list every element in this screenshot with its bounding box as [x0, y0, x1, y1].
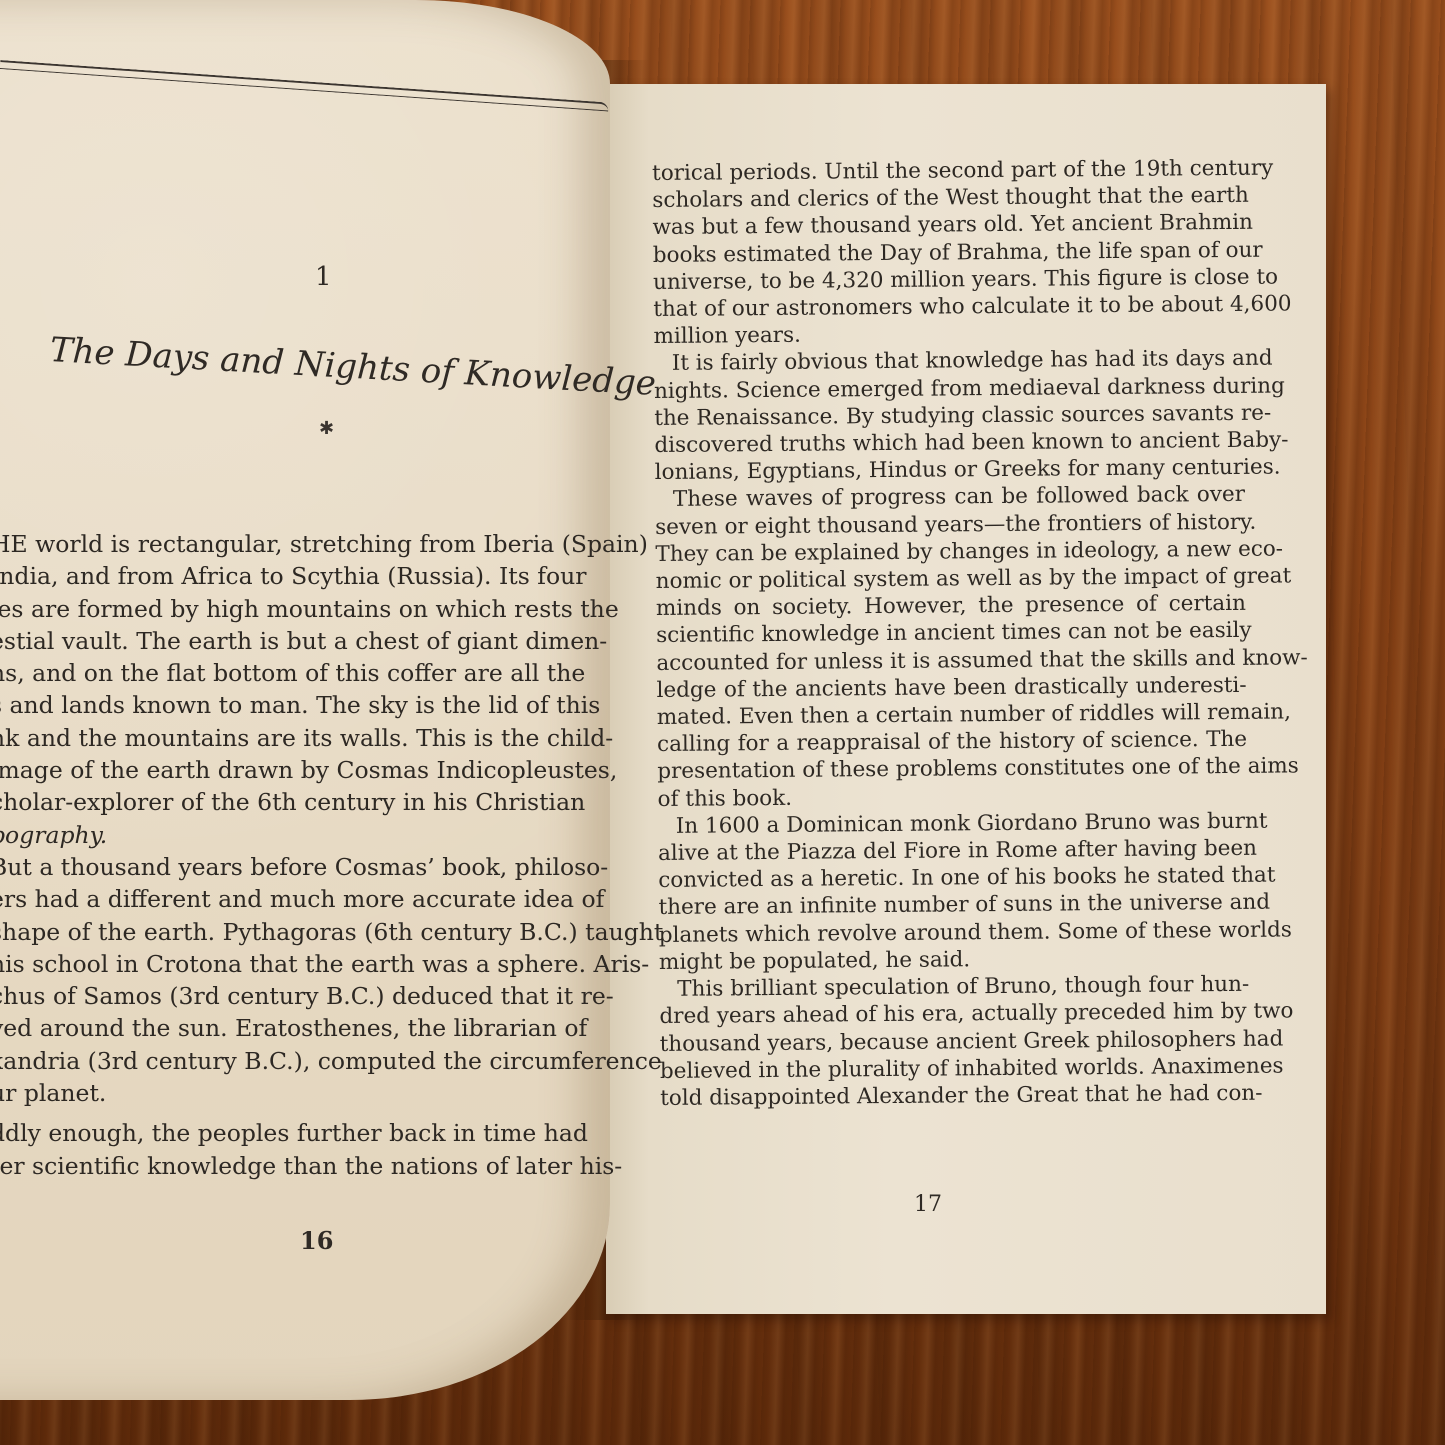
page-number: 16 [300, 1226, 333, 1255]
text-line: ved around the sun. Eratosthenes, the li… [0, 1012, 590, 1044]
page-number: 17 [914, 1192, 942, 1217]
text-line: s and lands known to man. The sky is the… [0, 689, 590, 721]
text-line: nk and the mountains are its walls. This… [0, 722, 590, 754]
header-double-rule [0, 60, 609, 112]
text-line: ter scientific knowledge than the nation… [0, 1150, 590, 1182]
text-line: les are formed by high mountains on whic… [0, 593, 590, 625]
text-line: xandria (3rd century B.C.), computed the… [0, 1045, 590, 1077]
text-line: presentation of these problems constitut… [657, 753, 1247, 785]
left-page: 1 The Days and Nights of Knowledge ✱ HE … [0, 0, 610, 1400]
text-line: pography. [0, 819, 590, 851]
text-line: shape of the earth. Pythagoras (6th cent… [0, 916, 590, 948]
text-line: ddly enough, the peoples further back in… [0, 1117, 590, 1149]
chapter-title: The Days and Nights of Knowledge [49, 330, 657, 404]
text-line: ers had a different and much more accura… [0, 883, 590, 915]
text-line: But a thousand years before Cosmas’ book… [0, 851, 590, 883]
text-line: his school in Crotona that the earth was… [0, 948, 590, 980]
text-line: told disappointed Alexander the Great th… [660, 1080, 1250, 1112]
text-line: ns, and on the flat bottom of this coffe… [0, 657, 590, 689]
text-line: India, and from Africa to Scythia (Russi… [0, 560, 590, 592]
text-line: image of the earth drawn by Cosmas Indic… [0, 754, 590, 786]
left-page-body: HE world is rectangular, stretching from… [0, 528, 590, 1182]
text-line: that of our astronomers who calculate it… [653, 291, 1243, 323]
right-page: torical periods. Until the second part o… [606, 84, 1326, 1314]
chapter-number: 1 [315, 262, 332, 292]
text-line: planets which revolve around them. Some … [659, 917, 1249, 949]
text-line: HE world is rectangular, stretching from… [0, 528, 590, 560]
text-line: cholar-explorer of the 6th century in hi… [0, 786, 590, 818]
text-line: chus of Samos (3rd century B.C.) deduced… [0, 980, 590, 1012]
right-page-body: torical periods. Until the second part o… [652, 155, 1250, 1112]
ornament-icon: ✱ [319, 418, 334, 439]
text-line: estial vault. The earth is but a chest o… [0, 625, 590, 657]
text-line: ur planet. [0, 1077, 590, 1109]
